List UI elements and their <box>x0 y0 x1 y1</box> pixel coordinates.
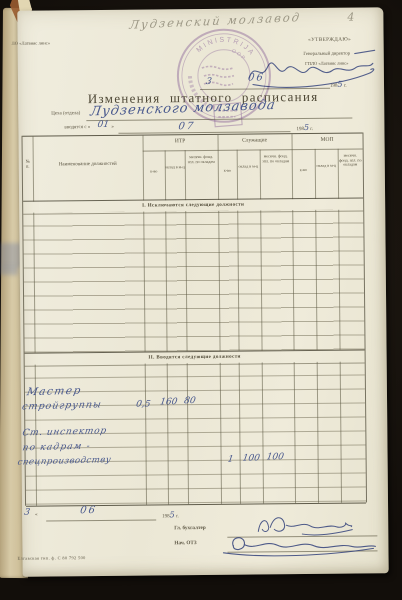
approve-year-handwritten: 5 <box>337 80 342 89</box>
table-vertical-line <box>315 210 317 350</box>
subcol-sluzh-fund: месячн. фонд. зпл. по окладам <box>261 154 291 163</box>
intro-month: 07 <box>178 121 196 132</box>
intro-year-prefix: 198 <box>296 127 304 132</box>
subcol-mop-salary: оклад в м-ц <box>315 164 338 169</box>
subcol-sluzh-salary: оклад в м-ц <box>237 164 260 169</box>
footer-date-line <box>46 519 156 521</box>
subtitle-label: Цеха (отдела) <box>51 111 80 117</box>
table-horizontal-line <box>143 148 363 151</box>
subcol-mop-qty: к-во <box>292 168 315 173</box>
print-imprint: Елгавская тип. ф. С 80 792 500 <box>18 555 86 561</box>
intro-year-suffix: г. <box>310 127 313 132</box>
table-vertical-line <box>218 211 220 351</box>
intro-year: 1985 г. <box>296 123 313 133</box>
otz-label: Нач. ОТЗ <box>174 540 196 546</box>
footer-year: 1985 г. <box>162 510 179 520</box>
table-vertical-line <box>33 137 35 202</box>
entry-2-fund: 100 <box>266 452 285 462</box>
intro-day: 01 <box>97 120 110 130</box>
table-vertical-line <box>291 134 293 199</box>
table-vertical-line <box>165 211 167 351</box>
intro-label: вводятся с « <box>64 125 90 131</box>
entry-2-salary: 100 <box>242 453 261 463</box>
entry-1-salary: 160 <box>159 397 178 407</box>
footer-quote: « <box>35 513 38 519</box>
entry-1-name-line-2: стройгруппы <box>21 399 103 412</box>
subcol-sluzh-qty: к-во <box>218 169 237 174</box>
svg-text:MINISTRIJA: MINISTRIJA <box>195 36 256 58</box>
column-header-name: Наименование должностей <box>37 162 139 169</box>
table-vertical-line <box>338 210 340 350</box>
accountant-label: Гл. бухгалтер <box>174 525 206 532</box>
entry-1-name-line-1: Мастер <box>26 385 83 399</box>
document-page: ЛО «Латвияс линс» Лудзенский молзавод 4 … <box>17 7 388 576</box>
group-header-sluzhashchie: Служащие <box>218 137 292 144</box>
entry-1-fund: 80 <box>183 396 196 406</box>
table-vertical-line <box>340 362 342 503</box>
approve-heading: «УТВЕРЖДАЮ» <box>280 36 380 43</box>
table-vertical-line <box>185 211 187 351</box>
group-header-itr: ИТР <box>143 138 218 145</box>
subcol-itr-qty: к-во <box>143 169 165 174</box>
table-body-section-1 <box>23 209 364 352</box>
entry-1-qty: 0,5 <box>135 400 151 410</box>
table-vertical-line <box>33 213 35 353</box>
table-vertical-line <box>262 362 264 503</box>
footer-year-handwritten: 5 <box>170 510 175 519</box>
footer-day: 3 <box>23 508 30 518</box>
group-header-mop: МОП <box>292 136 363 143</box>
table-vertical-line <box>292 210 294 350</box>
table-vertical-line <box>237 211 239 351</box>
subcol-itr-fund: месячн. фонд. зпл. по окладам <box>186 155 217 164</box>
table-vertical-line <box>217 135 219 200</box>
table-header: №п. Наименование должностей ИТР Служащие… <box>22 132 363 201</box>
footer-year-suffix: г. <box>176 514 179 519</box>
otz-signature <box>217 531 382 559</box>
subcol-mop-fund: месячн. фонд. зпл. по окладам <box>339 153 362 167</box>
org-name-left: ЛО «Латвияс линс» <box>12 40 50 46</box>
subcol-itr-salary: оклад в м-ц <box>165 165 185 170</box>
page-number: 4 <box>347 11 354 24</box>
footer-year-prefix: 198 <box>162 514 170 519</box>
table-vertical-line <box>315 149 316 199</box>
table-vertical-line <box>142 136 144 201</box>
table-vertical-line <box>143 212 145 352</box>
table-vertical-line <box>260 210 262 350</box>
entry-2-name-line-2: по кадрам - <box>22 441 92 453</box>
column-header-number: №п. <box>23 159 33 169</box>
intro-year-handwritten: 5 <box>304 123 309 132</box>
column-header-number-bottom: п. <box>23 164 33 169</box>
table-vertical-line <box>187 363 189 504</box>
ink-bleed-mark <box>0 266 18 275</box>
intro-close-quote: » <box>111 125 114 131</box>
table-vertical-line <box>220 363 222 504</box>
table-vertical-line <box>239 363 241 504</box>
photo-background: ЛО «Латвияс линс» Лудзенский молзавод 4 … <box>0 0 402 600</box>
footer-month: 06 <box>79 505 97 516</box>
table-vertical-line <box>317 362 319 503</box>
table-vertical-line <box>167 363 169 504</box>
table-vertical-line <box>237 150 238 200</box>
stamp-ring-text: MINISTRIJA <box>195 36 256 58</box>
table-vertical-line <box>165 150 166 200</box>
table-vertical-line <box>145 364 147 505</box>
table-vertical-line <box>294 362 296 503</box>
